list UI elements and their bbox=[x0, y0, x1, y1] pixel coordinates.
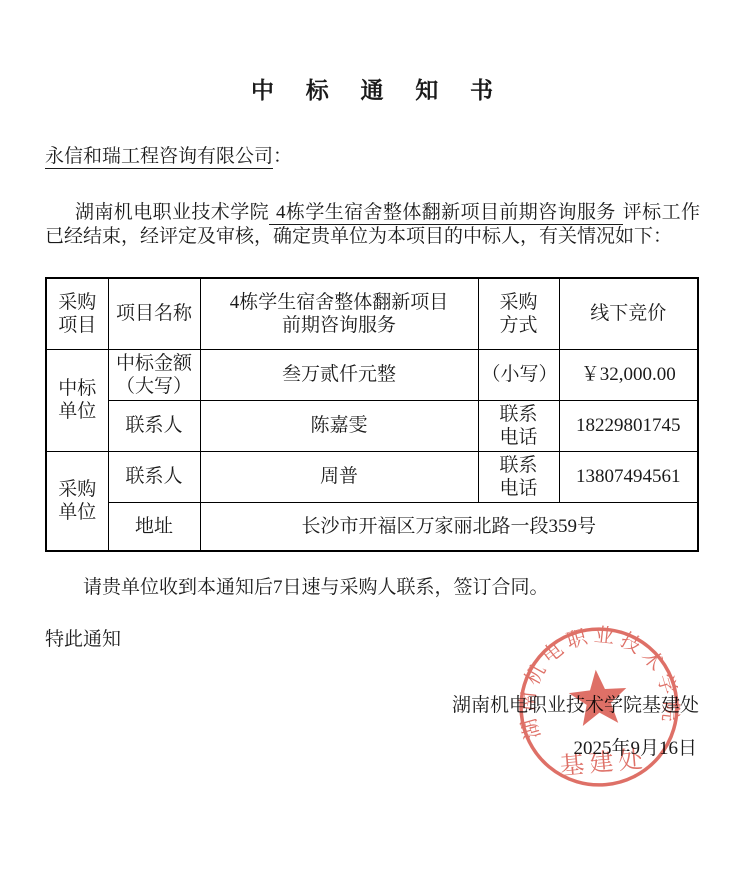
body-prefix: 湖南机电职业技术学院 bbox=[75, 202, 269, 223]
cell-address-label: 地址 bbox=[108, 502, 200, 551]
cell-amount-cn-value: 叁万贰仟元整 bbox=[200, 349, 478, 400]
cell-method-value: 线下竞价 bbox=[559, 278, 698, 349]
cell-buyer-contact-value: 周普 bbox=[200, 451, 478, 502]
cell-buyer-contact-label: 联系人 bbox=[108, 451, 200, 502]
document-title: 中 标 通 知 书 bbox=[0, 72, 744, 105]
cell-purchase-project-label: 采购 项目 bbox=[46, 278, 108, 349]
cell-project-name-label: 项目名称 bbox=[108, 278, 200, 349]
table-row-winner-contact: 联系人 陈嘉雯 联系 电话 18229801745 bbox=[46, 400, 698, 451]
recipient-colon: ： bbox=[273, 146, 292, 167]
recipient-line: 永信和瑞工程咨询有限公司： bbox=[45, 141, 292, 168]
cell-project-name-value: 4栋学生宿舍整体翻新项目 前期咨询服务 bbox=[200, 278, 478, 349]
award-info-table: 采购 项目 项目名称 4栋学生宿舍整体翻新项目 前期咨询服务 采购 方式 线下竞… bbox=[45, 277, 699, 552]
cell-amount-num-value: ￥32,000.00 bbox=[559, 349, 698, 400]
table-row-address: 地址 长沙市开福区万家丽北路一段359号 bbox=[46, 502, 698, 551]
table-row-buyer-contact: 采购 单位 联系人 周普 联系 电话 13807494561 bbox=[46, 451, 698, 502]
cell-buyer-phone-label: 联系 电话 bbox=[478, 451, 559, 502]
cell-buyer-phone-value: 13807494561 bbox=[559, 451, 698, 502]
cell-amount-num-label: （小写） bbox=[478, 349, 559, 400]
table-row-project: 采购 项目 项目名称 4栋学生宿舍整体翻新项目 前期咨询服务 采购 方式 线下竞… bbox=[46, 278, 698, 349]
table-row-amount: 中标 单位 中标金额 （大写） 叁万贰仟元整 （小写） ￥32,000.00 bbox=[46, 349, 698, 400]
body-paragraph: 湖南机电职业技术学院4栋学生宿舍整体翻新项目前期咨询服务评标工作已经结束，经评定… bbox=[45, 201, 700, 249]
cell-winner-unit-label: 中标 单位 bbox=[46, 349, 108, 451]
cell-winner-contact-value: 陈嘉雯 bbox=[200, 400, 478, 451]
recipient-company-name: 永信和瑞工程咨询有限公司 bbox=[45, 146, 273, 169]
cell-address-value: 长沙市开福区万家丽北路一段359号 bbox=[200, 502, 698, 551]
hereby-notify-line: 特此通知 bbox=[45, 624, 121, 651]
cell-method-label: 采购 方式 bbox=[478, 278, 559, 349]
official-red-seal: 湖南机电职业技术学院 基建处 bbox=[513, 621, 685, 793]
cell-winner-phone-label: 联系 电话 bbox=[478, 400, 559, 451]
contract-notice-line: 请贵单位收到本通知后7日速与采购人联系，签订合同。 bbox=[45, 572, 700, 599]
cell-buyer-unit-label: 采购 单位 bbox=[46, 451, 108, 551]
project-name-underlined: 4栋学生宿舍整体翻新项目前期咨询服务 bbox=[269, 202, 623, 225]
bid-award-notice-document: 中 标 通 知 书 永信和瑞工程咨询有限公司： 湖南机电职业技术学院4栋学生宿舍… bbox=[0, 0, 744, 891]
cell-winner-phone-value: 18229801745 bbox=[559, 400, 698, 451]
cell-amount-cn-label: 中标金额 （大写） bbox=[108, 349, 200, 400]
seal-star-icon bbox=[567, 667, 629, 727]
cell-winner-contact-label: 联系人 bbox=[108, 400, 200, 451]
